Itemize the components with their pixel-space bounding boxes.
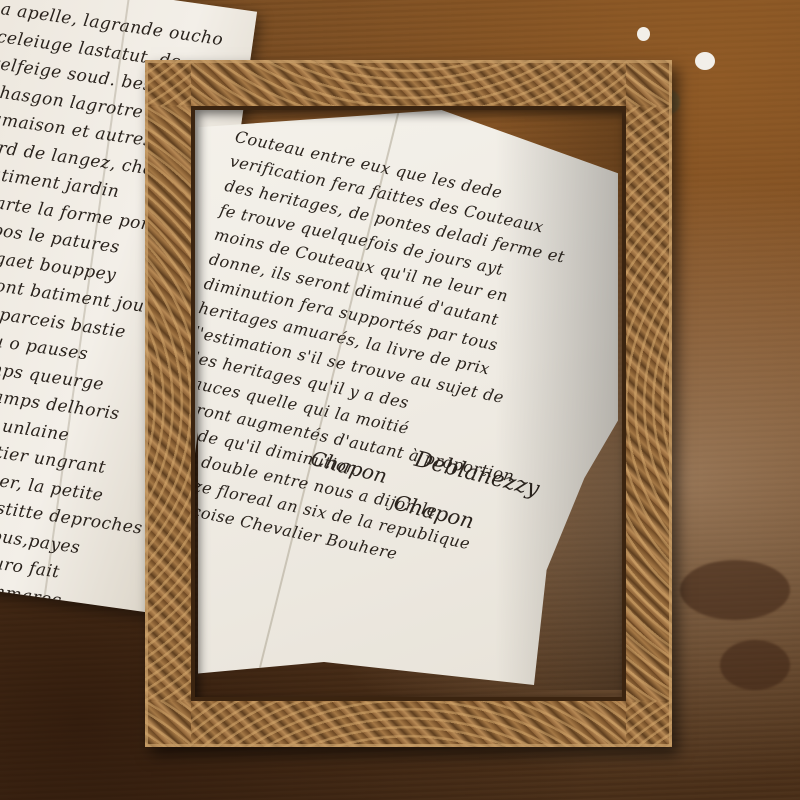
wooden-table-background: a apelle, lagrande oucho celeiuge lastat… (0, 0, 800, 800)
frame-inner-lip (191, 106, 626, 701)
paint-chip (695, 52, 715, 70)
paint-chip (637, 27, 650, 41)
table-stain (680, 560, 790, 620)
ornate-gilded-frame (145, 60, 672, 747)
table-stain (720, 640, 790, 690)
